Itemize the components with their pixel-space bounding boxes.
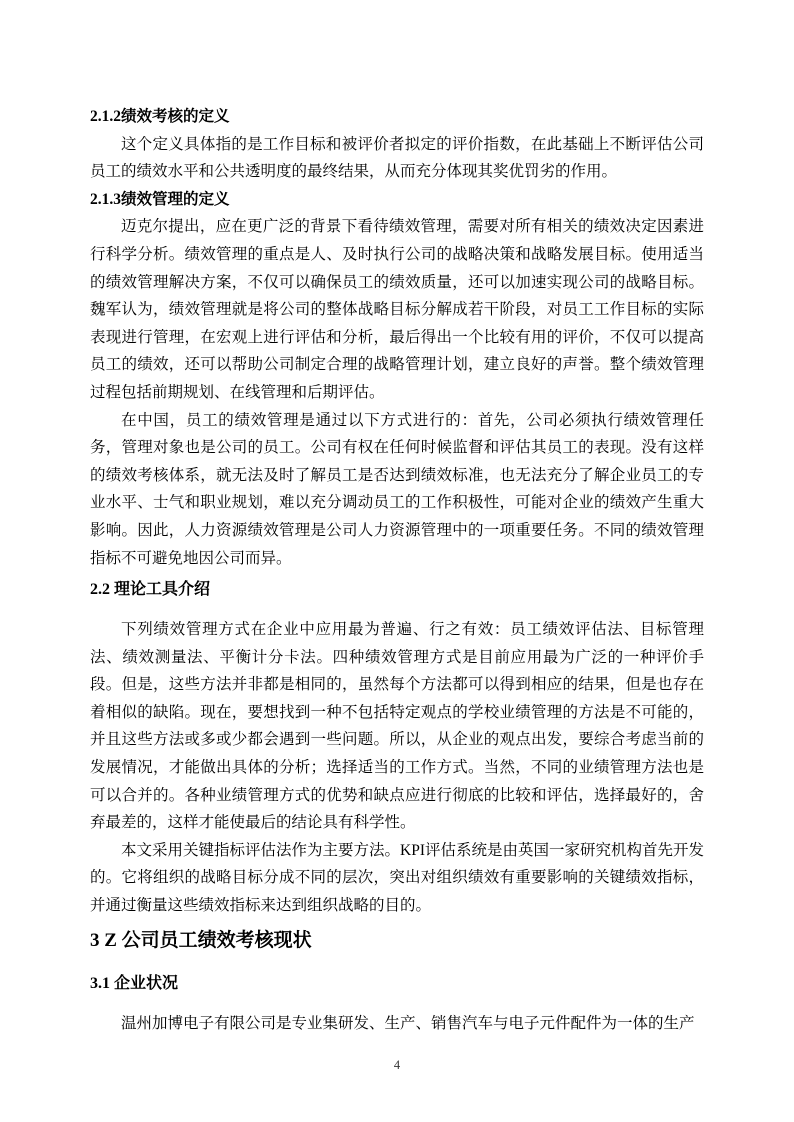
- heading-2-1-3-performance-management-definition: 2.1.3绩效管理的定义: [90, 186, 704, 214]
- paragraph-management-definition: 迈克尔提出，应在更广泛的背景下看待绩效管理，需要对所有相关的绩效决定因素进行科学…: [90, 213, 704, 406]
- paragraph-company-intro: 温州加博电子有限公司是专业集研发、生产、销售汽车与电子元件配件为一体的生产: [90, 1010, 704, 1038]
- heading-2-2-theory-tools: 2.2 理论工具介绍: [90, 576, 704, 604]
- document-page: 2.1.2绩效考核的定义 这个定义具体指的是工作目标和被评价者拟定的评价指数，在…: [0, 0, 794, 1122]
- page-number: 4: [394, 1058, 400, 1072]
- paragraph-appraisal-definition: 这个定义具体指的是工作目标和被评价者拟定的评价指数，在此基础上不断评估公司员工的…: [90, 131, 704, 186]
- heading-2-1-2-performance-appraisal-definition: 2.1.2绩效考核的定义: [90, 103, 704, 131]
- page-footer: 4: [0, 1056, 794, 1074]
- heading-3-company-status: 3 Z 公司员工绩效考核现状: [90, 924, 704, 957]
- paragraph-kpi-method: 本文采用关键指标评估法作为主要方法。KPI评估系统是由英国一家研究机构首先开发的…: [90, 837, 704, 920]
- heading-3-1-enterprise-situation: 3.1 企业状况: [90, 970, 704, 998]
- page-content: 2.1.2绩效考核的定义 这个定义具体指的是工作目标和被评价者拟定的评价指数，在…: [90, 103, 704, 1037]
- paragraph-four-methods: 下列绩效管理方式在企业中应用最为普遍、行之有效：员工绩效评估法、目标管理法、绩效…: [90, 616, 704, 837]
- paragraph-management-in-china: 在中国，员工的绩效管理是通过以下方式进行的：首先，公司必须执行绩效管理任务，管理…: [90, 407, 704, 573]
